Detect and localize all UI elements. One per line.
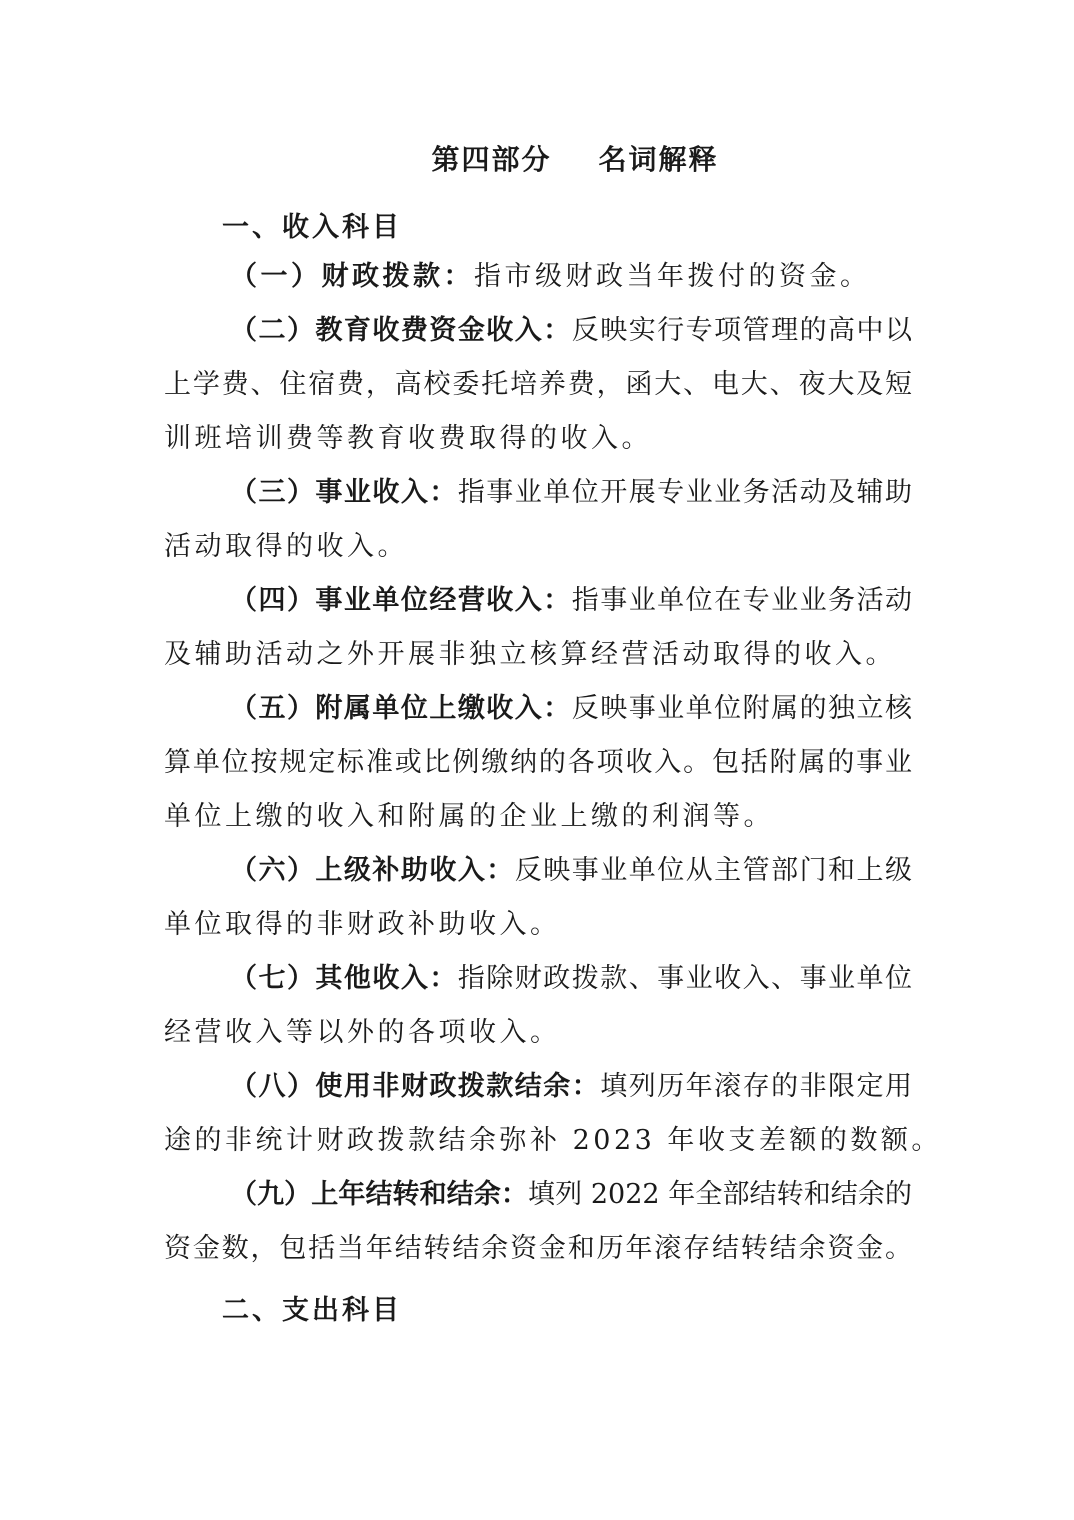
definition-text-line: 单位取得的非财政补助收入。 [164, 908, 912, 942]
definition-non-fiscal-balance: （八）使用非财政拨款结余：填列历年滚存的非限定用 [230, 1070, 912, 1104]
definition-subsidiary-remittance: （五）附属单位上缴收入：反映事业单位附属的独立核 [230, 692, 912, 726]
term: （八）使用非财政拨款结余： [230, 1071, 600, 1102]
definition-operating-income: （四）事业单位经营收入：指事业单位在专业业务活动 [230, 584, 912, 618]
term: （六）上级补助收入： [230, 855, 515, 886]
definition-text-line: 经营收入等以外的各项收入。 [164, 1016, 912, 1050]
definition-text-line: 途的非统计财政拨款结余弥补 2023 年收支差额的数额。 [164, 1124, 912, 1158]
term: （四）事业单位经营收入： [230, 585, 572, 616]
term: （五）附属单位上缴收入： [230, 693, 572, 724]
definition-text-line: 算单位按规定标准或比例缴纳的各项收入。包括附属的事业 [164, 746, 912, 780]
definition-other-income: （七）其他收入：指除财政拨款、事业收入、事业单位 [230, 962, 912, 996]
term: （九）上年结转和结余： [230, 1179, 528, 1210]
definition-superior-subsidy: （六）上级补助收入：反映事业单位从主管部门和上级 [230, 854, 912, 888]
term: （一）财政拨款： [230, 261, 474, 292]
definition-text-line: 及辅助活动之外开展非独立核算经营活动取得的收入。 [164, 638, 912, 672]
section-heading-expenditure: 二、支出科目 [222, 1288, 402, 1327]
term: （二）教育收费资金收入： [230, 315, 572, 346]
term: （三）事业收入： [230, 477, 458, 508]
definition-text-line: 单位上缴的收入和附属的企业上缴的利润等。 [164, 800, 912, 834]
definition-text-line: 上学费、住宿费，高校委托培养费，函大、电大、夜大及短 [164, 368, 912, 402]
definition-text-line: 训班培训费等教育收费取得的收入。 [164, 422, 912, 456]
definition-text-line: 资金数，包括当年结转结余资金和历年滚存结转结余资金。 [164, 1232, 912, 1266]
term: （七）其他收入： [230, 963, 458, 994]
definition-business-income: （三）事业收入：指事业单位开展专业业务活动及辅助 [230, 476, 912, 510]
page-title: 第四部分 名词解释 [0, 138, 1074, 178]
definition-fiscal-appropriation: （一）财政拨款：指市级财政当年拨付的资金。 [230, 260, 912, 294]
definition-text-line: 活动取得的收入。 [164, 530, 912, 564]
definition-prior-year-carryover: （九）上年结转和结余：填列 2022 年全部结转和结余的 [230, 1178, 912, 1212]
section-heading-income: 一、收入科目 [222, 205, 402, 244]
document-page: 第四部分 名词解释 一、收入科目 （一）财政拨款：指市级财政当年拨付的资金。 （… [0, 0, 1074, 1520]
definition-education-fee-income: （二）教育收费资金收入：反映实行专项管理的高中以 [230, 314, 912, 348]
